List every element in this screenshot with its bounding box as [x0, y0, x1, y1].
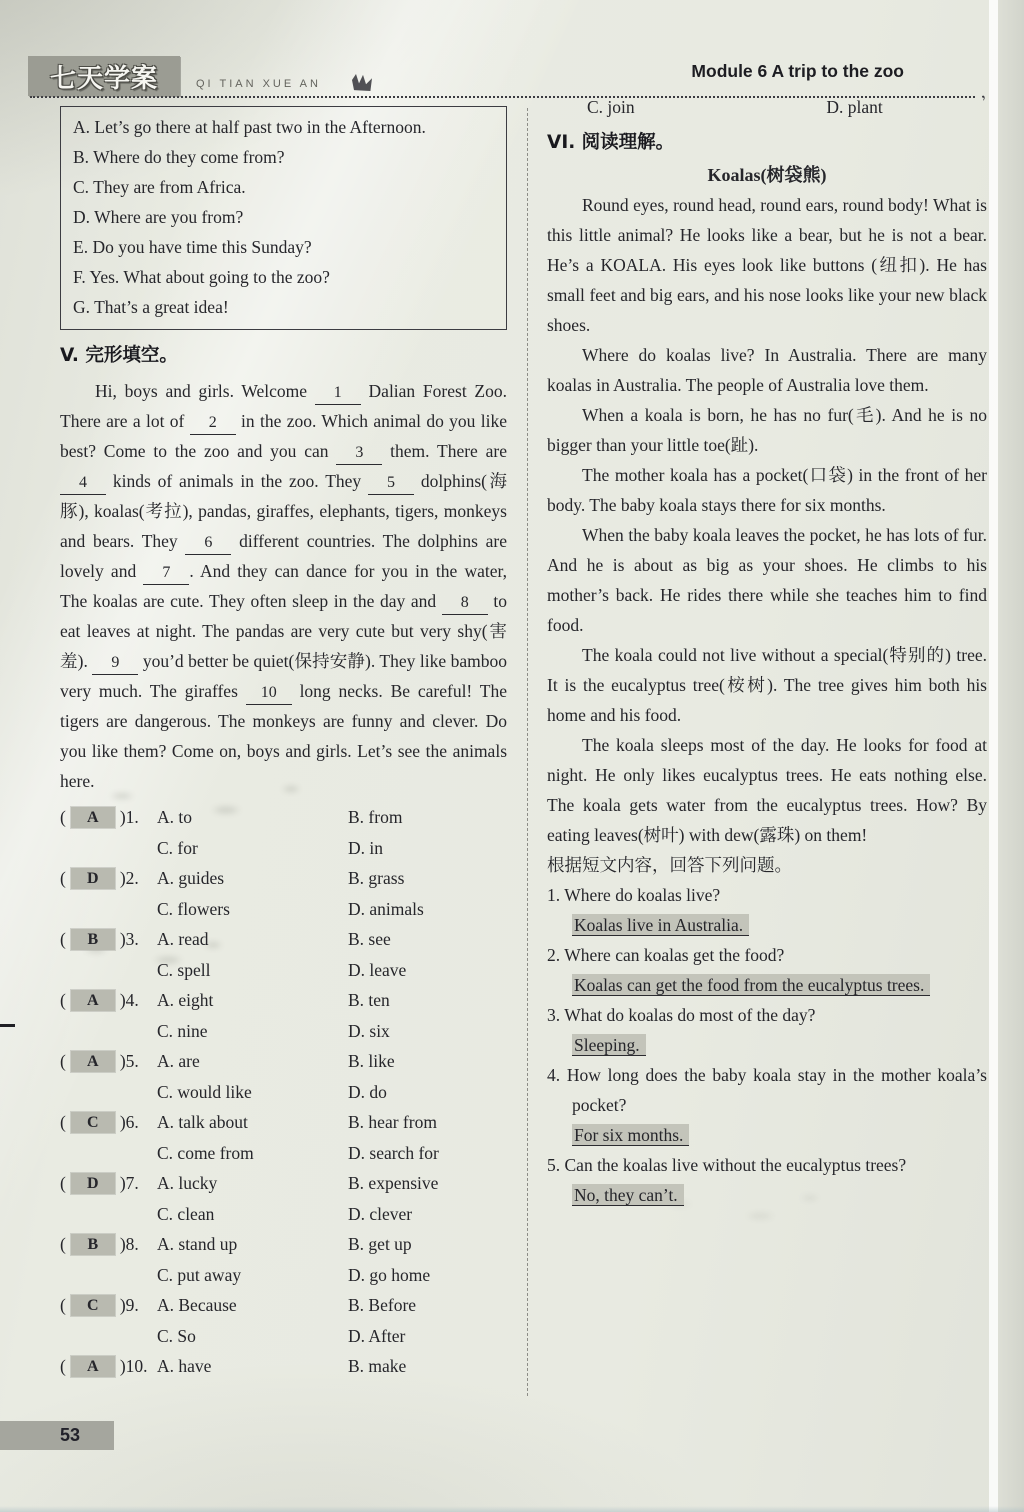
- mcq-row-cd: C. SoD. After: [60, 1321, 507, 1352]
- option-c: C. put away: [157, 1260, 348, 1291]
- left-column: A. Let’s go there at half past two in th…: [60, 106, 507, 1382]
- dialog-item-text: Where do they come from?: [93, 147, 284, 167]
- cloze-section-heading: V. 完形填空。: [60, 341, 507, 371]
- scan-white-edge: [989, 0, 998, 1512]
- reading-answer-line: Koalas can get the food from the eucalyp…: [547, 970, 987, 1000]
- cloze-blank: 5: [368, 470, 414, 495]
- mcq-answer-group: A5.: [60, 1046, 157, 1077]
- reading-paragraph: The koala sleeps most of the day. He loo…: [547, 730, 987, 850]
- reading-question-number: 1.: [547, 885, 560, 905]
- cloze-blank: 9: [92, 650, 138, 675]
- cloze-blank: 2: [190, 410, 236, 435]
- option-d: D. six: [348, 1016, 390, 1047]
- option-d: D. After: [348, 1321, 405, 1352]
- reading-passage: Round eyes, round head, round ears, roun…: [547, 190, 987, 850]
- answer-badge: B: [71, 929, 115, 950]
- cloze-blank-number: 5: [384, 474, 398, 491]
- mcq-row-ab: A1.A. toB. from: [60, 802, 507, 833]
- mcq-answer-group: D2.: [60, 863, 157, 894]
- mcq-row-ab: D2.A. guidesB. grass: [60, 863, 507, 894]
- option-d: D. do: [348, 1077, 387, 1108]
- mcq-row-cd: C. nineD. six: [60, 1016, 507, 1047]
- cloze-blank: 4: [60, 470, 106, 495]
- option-c: C. would like: [157, 1077, 348, 1108]
- mcq-answer-group: C9.: [60, 1290, 157, 1321]
- cloze-blank-number: 4: [76, 474, 90, 491]
- mcq-item: C9.A. BecauseB. BeforeC. SoD. After: [60, 1290, 507, 1351]
- column-divider: [527, 108, 528, 1396]
- answer-badge: B: [71, 1234, 115, 1255]
- option-a: A. eight: [157, 985, 348, 1016]
- reading-answer: Koalas can get the food from the eucalyp…: [572, 974, 930, 996]
- option-b: B. ten: [348, 985, 390, 1016]
- mcq-row-ab: A10.A. haveB. make: [60, 1351, 507, 1382]
- cloze-blank-number: 2: [206, 414, 220, 431]
- dialog-item: B. Where do they come from?: [73, 142, 496, 172]
- brand-logo-title: 七天学案: [50, 58, 158, 95]
- option-d: D. go home: [348, 1260, 430, 1291]
- reading-question-number: 3.: [547, 1005, 560, 1025]
- option-a: A. have: [157, 1351, 348, 1382]
- option-a: A. guides: [157, 863, 348, 894]
- carryover-options-row: C. join D. plant: [547, 92, 987, 122]
- option-a: A. talk about: [157, 1107, 348, 1138]
- answer-parens: B: [60, 1229, 126, 1260]
- cloze-blank: 10: [246, 680, 292, 705]
- mcq-row-cd: C. come fromD. search for: [60, 1138, 507, 1169]
- page-number-badge: 53: [0, 1421, 114, 1450]
- cloze-blank-number: 1: [331, 384, 345, 401]
- mcq-row-ab: C9.A. BecauseB. Before: [60, 1290, 507, 1321]
- option-b: B. Before: [348, 1290, 416, 1321]
- mcq-answer-group: A1.: [60, 802, 157, 833]
- mcq-row-cd: C. put awayD. go home: [60, 1260, 507, 1291]
- mcq-item: D2.A. guidesB. grassC. flowersD. animals: [60, 863, 507, 924]
- reading-question: 4. How long does the baby koala stay in …: [547, 1060, 987, 1120]
- cloze-text-segment: Hi, boys and girls. Welcome: [95, 381, 315, 401]
- option-b: B. get up: [348, 1229, 412, 1260]
- option-b: B. see: [348, 924, 391, 955]
- reading-paragraph: Where do koalas live? In Australia. Ther…: [547, 340, 987, 400]
- dialog-item-label: E.: [73, 237, 88, 257]
- reading-paragraph: Round eyes, round head, round ears, roun…: [547, 190, 987, 340]
- dialog-item-label: F.: [73, 267, 86, 287]
- dialog-item-label: G.: [73, 297, 90, 317]
- cloze-passage: Hi, boys and girls. Welcome 1 Dalian For…: [60, 376, 507, 796]
- logo-mark-icon: [352, 74, 372, 91]
- brand-logo: 七天学案: [28, 56, 180, 96]
- mcq-row-cd: C. would likeD. do: [60, 1077, 507, 1108]
- reading-paragraph: The koala could not live without a speci…: [547, 640, 987, 730]
- cloze-blank: 8: [442, 590, 488, 615]
- mcq-answer-group: C6.: [60, 1107, 157, 1138]
- mcq-row-cd: C. cleanD. clever: [60, 1199, 507, 1230]
- reading-question-list: 1. Where do koalas live?Koalas live in A…: [547, 880, 987, 1210]
- reading-question-number: 4.: [547, 1065, 560, 1085]
- dialog-item: F. Yes. What about going to the zoo?: [73, 262, 496, 292]
- option-a: A. stand up: [157, 1229, 348, 1260]
- mcq-answer-group: A4.: [60, 985, 157, 1016]
- option-c: C. spell: [157, 955, 348, 986]
- reading-question: 2. Where can koalas get the food?: [547, 940, 987, 970]
- dialog-item-text: Where are you from?: [94, 207, 243, 227]
- reading-question-text: Where do koalas live?: [564, 885, 720, 905]
- mcq-row-ab: D7.A. luckyB. expensive: [60, 1168, 507, 1199]
- mcq-item: D7.A. luckyB. expensiveC. cleanD. clever: [60, 1168, 507, 1229]
- reading-title: Koalas(树袋熊): [547, 160, 987, 190]
- mcq-item: B8.A. stand upB. get upC. put awayD. go …: [60, 1229, 507, 1290]
- reading-question-text: Where can koalas get the food?: [564, 945, 784, 965]
- option-c: C. nine: [157, 1016, 348, 1047]
- mcq-answer-group: D7.: [60, 1168, 157, 1199]
- mcq-answer-group: B3.: [60, 924, 157, 955]
- answer-parens: A: [60, 985, 126, 1016]
- option-b: B. like: [348, 1046, 395, 1077]
- question-number: 6.: [126, 1112, 139, 1132]
- option-a: A. lucky: [157, 1168, 348, 1199]
- reading-answer-line: Koalas live in Australia.: [547, 910, 987, 940]
- reading-answer-line: Sleeping.: [547, 1030, 987, 1060]
- mcq-row-ab: B3.A. readB. see: [60, 924, 507, 955]
- answer-badge: A: [71, 990, 115, 1011]
- answer-parens: A: [60, 1351, 126, 1382]
- question-number: 3.: [126, 929, 139, 949]
- answer-badge: A: [71, 1356, 115, 1377]
- option-d: D. search for: [348, 1138, 439, 1169]
- reading-instruction: 根据短文内容，回答下列问题。: [547, 850, 987, 880]
- option-d: D. clever: [348, 1199, 412, 1230]
- mcq-row-ab: A5.A. areB. like: [60, 1046, 507, 1077]
- module-title: Module 6 A trip to the zoo: [691, 61, 904, 82]
- cloze-blank: 1: [315, 380, 361, 405]
- mcq-row-ab: C6.A. talk aboutB. hear from: [60, 1107, 507, 1138]
- answer-parens: D: [60, 1168, 126, 1199]
- mcq-item: A4.A. eightB. tenC. nineD. six: [60, 985, 507, 1046]
- question-number: 1.: [126, 807, 139, 827]
- answer-badge: D: [71, 1173, 115, 1194]
- answer-parens: A: [60, 802, 126, 833]
- mcq-row-ab: B8.A. stand upB. get up: [60, 1229, 507, 1260]
- answer-badge: C: [71, 1295, 115, 1316]
- option-d: D. animals: [348, 894, 424, 925]
- reading-question-text: What do koalas do most of the day?: [564, 1005, 815, 1025]
- mcq-row-ab: A4.A. eightB. ten: [60, 985, 507, 1016]
- reading-answer: Koalas live in Australia.: [572, 914, 749, 936]
- scan-right-paper-edge: [998, 0, 1024, 1512]
- dialog-item-text: Do you have time this Sunday?: [92, 237, 311, 257]
- cloze-text-segment: kinds of animals in the zoo. They: [106, 471, 368, 491]
- option-c: C. flowers: [157, 894, 348, 925]
- mcq-row-cd: C. flowersD. animals: [60, 894, 507, 925]
- question-number: 7.: [126, 1173, 139, 1193]
- dialog-item-text: Yes. What about going to the zoo?: [89, 267, 329, 287]
- right-column: C. join D. plant VI. 阅读理解。 Koalas(树袋熊) R…: [547, 92, 987, 1210]
- reading-question: 3. What do koalas do most of the day?: [547, 1000, 987, 1030]
- answer-badge: A: [71, 1051, 115, 1072]
- mcq-answer-group: B8.: [60, 1229, 157, 1260]
- option-a: A. to: [157, 802, 348, 833]
- cloze-blank-number: 8: [458, 594, 472, 611]
- reading-answer-line: No, they can’t.: [547, 1180, 987, 1210]
- answer-parens: D: [60, 863, 126, 894]
- reading-answer: No, they can’t.: [572, 1184, 684, 1206]
- reading-answer: For six months.: [572, 1124, 689, 1146]
- reading-paragraph: The mother koala has a pocket(口袋) in the…: [547, 460, 987, 520]
- dialog-item: C. They are from Africa.: [73, 172, 496, 202]
- cloze-blank-number: 10: [258, 684, 280, 701]
- dialog-item-label: D.: [73, 207, 90, 227]
- cloze-blank-number: 7: [159, 564, 173, 581]
- option-c: C. So: [157, 1321, 348, 1352]
- answer-badge: C: [71, 1112, 115, 1133]
- mcq-answer-group: A10.: [60, 1351, 157, 1382]
- cloze-blank-number: 6: [201, 534, 215, 551]
- option-c: C. for: [157, 833, 348, 864]
- reading-question: 5. Can the koalas live without the eucal…: [547, 1150, 987, 1180]
- cloze-text-segment: them. There are: [382, 441, 507, 461]
- reading-question-text: How long does the baby koala stay in the…: [567, 1065, 987, 1115]
- mcq-item: A1.A. toB. fromC. forD. in: [60, 802, 507, 863]
- scan-bottom-edge: [0, 1506, 1024, 1512]
- answer-parens: C: [60, 1107, 126, 1138]
- option-d: D. plant: [826, 97, 882, 117]
- dialog-item-text: That’s a great idea!: [94, 297, 229, 317]
- cloze-blank: 6: [185, 530, 231, 555]
- question-number: 2.: [126, 868, 139, 888]
- question-number: 5.: [126, 1051, 139, 1071]
- dialog-item: A. Let’s go there at half past two in th…: [73, 112, 496, 142]
- dialog-item-text: They are from Africa.: [93, 177, 246, 197]
- option-a: A. read: [157, 924, 348, 955]
- cloze-blank: 7: [143, 560, 189, 585]
- cloze-question-list: A1.A. toB. fromC. forD. inD2.A. guidesB.…: [60, 802, 507, 1382]
- reading-question: 1. Where do koalas live?: [547, 880, 987, 910]
- cloze-blank: 3: [336, 440, 382, 465]
- question-number: 9.: [126, 1295, 139, 1315]
- scan-left-mark: [0, 1024, 15, 1027]
- dialog-item: G. That’s a great idea!: [73, 292, 496, 322]
- mcq-item: A10.A. haveB. make: [60, 1351, 507, 1382]
- option-d: D. in: [348, 833, 383, 864]
- option-c: C. clean: [157, 1199, 348, 1230]
- reading-answer-line: For six months.: [547, 1120, 987, 1150]
- mcq-item: A5.A. areB. likeC. would likeD. do: [60, 1046, 507, 1107]
- reading-question-number: 2.: [547, 945, 560, 965]
- workbook-page: 七天学案 QI TIAN XUE AN Module 6 A trip to t…: [0, 0, 1024, 1512]
- answer-parens: C: [60, 1290, 126, 1321]
- dialog-item-label: A.: [73, 117, 90, 137]
- option-b: B. hear from: [348, 1107, 437, 1138]
- question-number: 8.: [126, 1234, 139, 1254]
- dialog-item-text: Let’s go there at half past two in the A…: [94, 117, 425, 137]
- mcq-row-cd: C. spellD. leave: [60, 955, 507, 986]
- option-d: D. leave: [348, 955, 406, 986]
- reading-paragraph: When a koala is born, he has no fur(毛). …: [547, 400, 987, 460]
- answer-badge: A: [71, 807, 115, 828]
- page-number: 53: [60, 1425, 80, 1446]
- mcq-row-cd: C. forD. in: [60, 833, 507, 864]
- dialog-item: E. Do you have time this Sunday?: [73, 232, 496, 262]
- option-c: C. join: [587, 92, 822, 122]
- reading-question-text: Can the koalas live without the eucalypt…: [565, 1155, 907, 1175]
- option-a: A. Because: [157, 1290, 348, 1321]
- option-c: C. come from: [157, 1138, 348, 1169]
- dialog-item-label: C.: [73, 177, 89, 197]
- mcq-item: C6.A. talk aboutB. hear fromC. come from…: [60, 1107, 507, 1168]
- reading-section-heading: VI. 阅读理解。: [547, 128, 987, 158]
- answer-parens: A: [60, 1046, 126, 1077]
- option-b: B. from: [348, 802, 402, 833]
- dialog-item: D. Where are you from?: [73, 202, 496, 232]
- mcq-item: B3.A. readB. seeC. spellD. leave: [60, 924, 507, 985]
- option-a: A. are: [157, 1046, 348, 1077]
- option-b: B. expensive: [348, 1168, 438, 1199]
- cloze-blank-number: 3: [352, 444, 366, 461]
- cloze-blank-number: 9: [108, 654, 122, 671]
- answer-badge: D: [71, 868, 115, 889]
- question-number: 10.: [126, 1356, 148, 1376]
- reading-paragraph: When the baby koala leaves the pocket, h…: [547, 520, 987, 640]
- answer-parens: B: [60, 924, 126, 955]
- dialog-item-label: B.: [73, 147, 89, 167]
- option-b: B. make: [348, 1351, 406, 1382]
- option-b: B. grass: [348, 863, 404, 894]
- reading-question-number: 5.: [547, 1155, 560, 1175]
- brand-logo-subtitle: QI TIAN XUE AN: [196, 78, 321, 90]
- question-number: 4.: [126, 990, 139, 1010]
- dialog-options-box: A. Let’s go there at half past two in th…: [60, 106, 507, 330]
- reading-answer: Sleeping.: [572, 1034, 646, 1056]
